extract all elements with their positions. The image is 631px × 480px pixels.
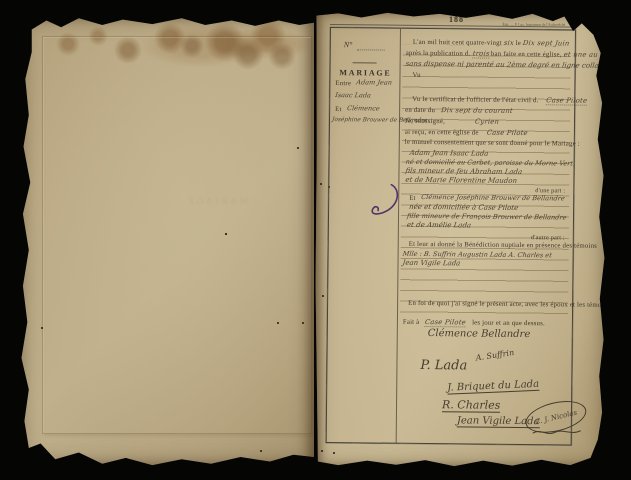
line-year-hw1: six bbox=[503, 39, 514, 47]
line-fait-printed1: Fait à bbox=[403, 319, 420, 326]
groom-line: et de Marie Florentine Maudon bbox=[405, 176, 517, 185]
line-date: en date du Dix sept du courant bbox=[405, 106, 513, 115]
witness-line: Jean Vigile Lada bbox=[402, 259, 460, 268]
line-fait-hw: Case Pilote bbox=[425, 318, 467, 327]
ink-speck bbox=[321, 450, 323, 452]
ink-speck bbox=[297, 147, 299, 149]
marriage-form-frame: N° MARIAGE Entre Adam Jean Isaac Lada Et… bbox=[326, 27, 576, 446]
line-soussigne-printed: Je, soussigné, bbox=[405, 118, 445, 125]
groom-line: fils mineur de feu Abraham Lada bbox=[405, 167, 522, 176]
ink-speck bbox=[41, 327, 43, 329]
embossed-frame-showthrough bbox=[42, 36, 312, 434]
signature-suffrin: A. Suffrin bbox=[475, 348, 515, 363]
line-publication-p3: faite en cette église, bbox=[503, 51, 561, 59]
ink-speck bbox=[260, 450, 262, 452]
bride-line-text: Clémence Joséphine Brouwer de Bellandre bbox=[421, 193, 566, 202]
line-publication-p1: après la publication d. bbox=[406, 50, 471, 58]
witness-line-text: Mlle : B. Suffrin Augustin Lada A. Charl… bbox=[402, 250, 552, 260]
bride-line: née et domiciliée à Case Pilote bbox=[409, 203, 518, 212]
line-fait-printed2: les jour et an que dessus. bbox=[472, 320, 545, 328]
line-certificat-printed: Vu le certificat de l'officier de l'état… bbox=[412, 96, 538, 104]
officiant-signature-text: C. J. Nicolas bbox=[534, 408, 577, 426]
record-number-blank bbox=[357, 49, 385, 50]
entre-label: Entre bbox=[335, 80, 351, 87]
line-recu-hw: Case Pilote bbox=[486, 129, 528, 137]
line-date-printed: en date du bbox=[405, 107, 435, 114]
right-form-page: 188 Édit. — P. Lux, Imprimeur de l'Arche… bbox=[315, 12, 605, 467]
groom-line-text: fils mineur de feu Abraham Lada bbox=[405, 167, 523, 176]
separator-rule bbox=[353, 62, 377, 63]
ink-speck bbox=[302, 322, 304, 324]
line-fait: Fait à Case Pilote les jour et an que de… bbox=[403, 318, 545, 328]
line-vu: Vu bbox=[412, 72, 420, 79]
groom-line: Adam Jean Isaac Lada bbox=[410, 149, 489, 158]
ink-speck bbox=[225, 233, 227, 235]
groom-name-hw: Adam Jean bbox=[356, 78, 392, 86]
bride-name-hw-text: Clémence bbox=[347, 104, 381, 112]
line-date-hw: Dix sept du courant bbox=[440, 106, 513, 115]
signature-briquet: J. Briquet du Lada bbox=[447, 379, 539, 395]
line-recu: ai reçu, en cette église de Case Pilote bbox=[405, 128, 528, 137]
witness-line: Mlle : B. Suffrin Augustin Lada A. Charl… bbox=[403, 250, 552, 260]
line-certificat-hw: Case Pilote bbox=[546, 96, 588, 105]
ink-speck bbox=[277, 322, 279, 324]
dautre-part-label: d'autre part : bbox=[495, 234, 565, 242]
groom-name-hw2: Isaac Lada bbox=[335, 91, 371, 99]
ink-speck bbox=[333, 452, 335, 454]
line-publication-hw2: et une au Morne Vert bbox=[563, 50, 631, 59]
et-label: Et bbox=[335, 106, 342, 113]
ink-showthrough-text: MARIAGE bbox=[128, 196, 248, 206]
signature-bride: Clémence Bellandre bbox=[428, 328, 531, 340]
groom-name-hw2-text: Isaac Lada bbox=[335, 91, 372, 99]
signature-p-lada: P. Lada bbox=[420, 358, 467, 373]
line-publication-p2: ban bbox=[491, 51, 501, 58]
bride-line-text: fille mineure de François Brouwer de Bel… bbox=[406, 212, 567, 222]
scanned-register-spread: MARIAGE 188 Édit. — P. Lux, Imprimeur de… bbox=[0, 0, 631, 480]
line-year: L'an mil huit cent quatre-vingt six le D… bbox=[413, 38, 570, 48]
line-soussigne: Je, soussigné, Cyrien bbox=[405, 117, 499, 126]
groom-line-text: et de Marie Florentine Maudon bbox=[405, 176, 518, 185]
signature-charles: R. Charles bbox=[442, 398, 500, 413]
bride-line-text: et de Amélie Lada bbox=[406, 221, 471, 230]
left-blank-page: MARIAGE bbox=[20, 16, 314, 466]
line-publication-hw1: trois bbox=[472, 49, 490, 58]
bride-line: et de Amélie Lada bbox=[407, 221, 471, 230]
bride-et-label: Et bbox=[409, 195, 416, 202]
record-number-label: N° bbox=[344, 40, 353, 49]
line-soussigne-hw: Cyrien bbox=[474, 118, 499, 126]
line-certificat: Vu le certificat de l'officier de l'état… bbox=[412, 95, 587, 106]
officiant-flourish bbox=[531, 428, 583, 437]
ink-speck bbox=[320, 183, 322, 185]
line-year-le: le bbox=[516, 40, 521, 47]
bride-line: fille mineure de François Brouwer de Bel… bbox=[407, 212, 567, 222]
bride-name-hw: Clémence bbox=[347, 104, 380, 112]
groom-line-text: Adam Jean Isaac Lada bbox=[409, 149, 489, 158]
bride-line: Clémence Joséphine Brouwer de Bellandre bbox=[421, 193, 565, 203]
mariage-title: MARIAGE bbox=[336, 68, 394, 78]
groom-name-hw-text: Adam Jean bbox=[356, 78, 393, 86]
line-year-hw2: Dix sept Juin bbox=[522, 39, 570, 47]
line-recu-printed: ai reçu, en cette église de bbox=[405, 129, 479, 137]
violet-pen-flourish bbox=[367, 182, 409, 222]
ink-speck bbox=[322, 295, 324, 297]
line-year-printed: L'an mil huit cent quatre-vingt bbox=[413, 39, 502, 47]
witness-line-text: Jean Vigile Lada bbox=[402, 259, 461, 268]
page-number: 188 bbox=[449, 15, 464, 24]
bride-line-text: née et domiciliée à Case Pilote bbox=[409, 203, 519, 212]
